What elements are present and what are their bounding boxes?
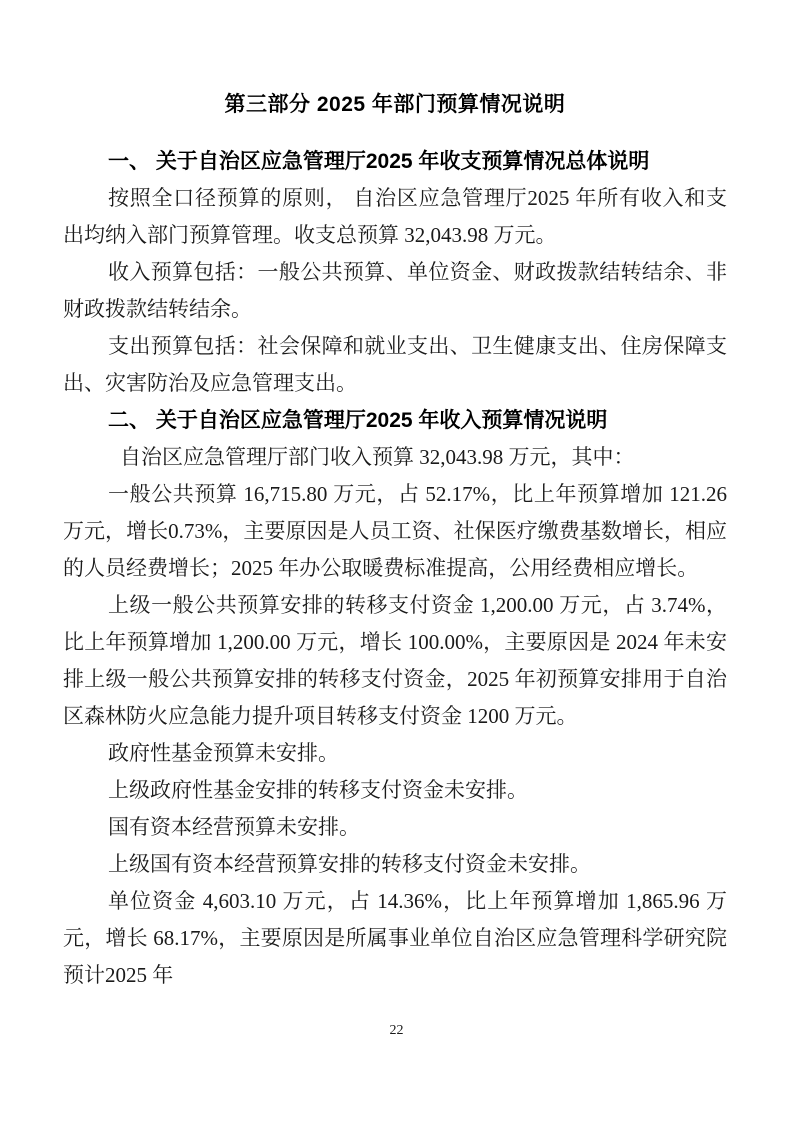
paragraph-overall-principle: 按照全口径预算的原则， 自治区应急管理厅2025 年所有收入和支出均纳入部门预算…: [63, 180, 727, 254]
paragraph-general-public-budget: 一般公共预算 16,715.80 万元，占 52.17%，比上年预算增加 121…: [63, 476, 727, 587]
paragraph-superior-government-fund-transfer: 上级政府性基金安排的转移支付资金未安排。: [63, 772, 727, 809]
paragraph-income-budget-includes: 收入预算包括：一般公共预算、单位资金、财政拨款结转结余、非财政拨款结转结余。: [63, 254, 727, 328]
paragraph-state-capital-budget: 国有资本经营预算未安排。: [63, 809, 727, 846]
paragraph-superior-state-capital-transfer: 上级国有资本经营预算安排的转移支付资金未安排。: [63, 846, 727, 883]
paragraph-superior-transfer-payment: 上级一般公共预算安排的转移支付资金 1,200.00 万元，占 3.74%，比上…: [63, 587, 727, 735]
page-number: 22: [0, 1022, 793, 1040]
section-2-heading: 二、 关于自治区应急管理厅2025 年收入预算情况说明: [63, 402, 727, 439]
paragraph-expenditure-budget-includes: 支出预算包括：社会保障和就业支出、卫生健康支出、住房保障支出、灾害防治及应急管理…: [63, 328, 727, 402]
document-content: 第三部分 2025 年部门预算情况说明 一、 关于自治区应急管理厅2025 年收…: [63, 86, 727, 994]
paragraph-department-income-total: 自治区应急管理厅部门收入预算 32,043.98 万元，其中：: [63, 439, 727, 476]
paragraph-government-fund-budget: 政府性基金预算未安排。: [63, 735, 727, 772]
document-title: 第三部分 2025 年部门预算情况说明: [63, 86, 727, 123]
section-1-heading: 一、 关于自治区应急管理厅2025 年收支预算情况总体说明: [63, 143, 727, 180]
document-page: 第三部分 2025 年部门预算情况说明 一、 关于自治区应急管理厅2025 年收…: [0, 0, 793, 1122]
paragraph-unit-funds: 单位资金 4,603.10 万元，占 14.36%，比上年预算增加 1,865.…: [63, 883, 727, 994]
